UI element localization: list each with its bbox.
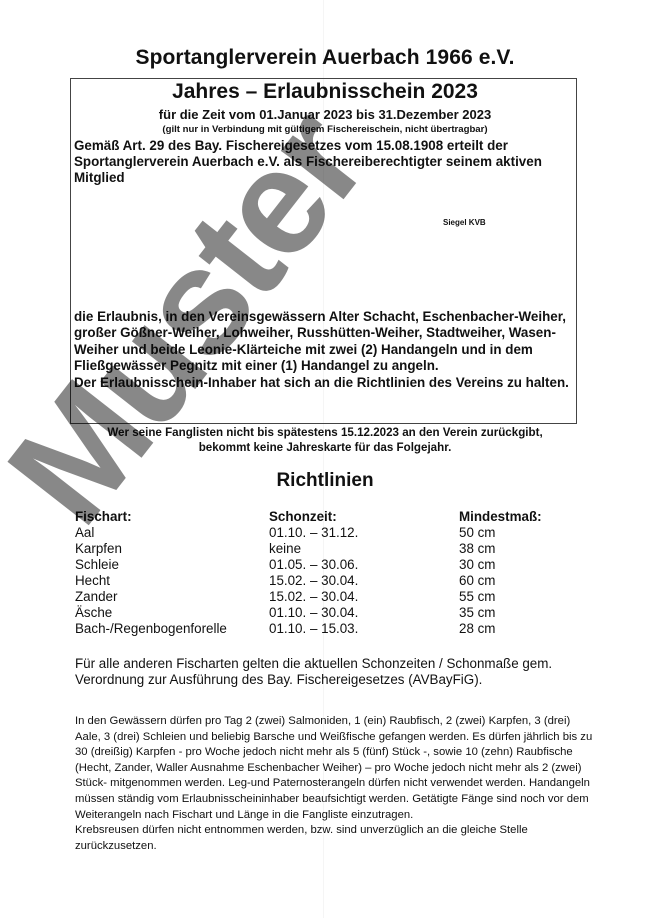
guidelines-title: Richtlinien <box>0 470 650 492</box>
cell-min-size: 50 cm <box>459 525 579 541</box>
cell-closed-season: 15.02. – 30.04. <box>269 573 459 589</box>
table-row: Aal01.10. – 31.12.50 cm <box>75 525 579 541</box>
table-row: Äsche01.10. – 30.04.35 cm <box>75 605 579 621</box>
holder-obligation: Der Erlaubnisschein-Inhaber hat sich an … <box>74 375 574 391</box>
cell-closed-season: 15.02. – 30.04. <box>269 589 459 605</box>
cell-fish: Karpfen <box>75 541 269 557</box>
validity-note: (gilt nur in Verbindung mit gültigem Fis… <box>0 124 650 135</box>
cell-min-size: 60 cm <box>459 573 579 589</box>
crayfish-note: Krebsreusen dürfen nicht entnommen werde… <box>75 823 595 854</box>
column-header-min-size: Mindestmaß: <box>459 509 579 525</box>
validity-period: für die Zeit vom 01.Januar 2023 bis 31.D… <box>0 107 650 122</box>
cell-closed-season: keine <box>269 541 459 557</box>
cell-min-size: 30 cm <box>459 557 579 573</box>
cell-fish: Zander <box>75 589 269 605</box>
table-row: Bach-/Regenbogenforelle01.10. – 15.03.28… <box>75 621 579 637</box>
club-name: Sportanglerverein Auerbach 1966 e.V. <box>0 46 650 70</box>
column-header-fish: Fischart: <box>75 509 269 525</box>
cell-fish: Aal <box>75 525 269 541</box>
daily-limits-paragraph: In den Gewässern dürfen pro Tag 2 (zwei)… <box>75 714 595 823</box>
permit-title: Jahres – Erlaubnisschein 2023 <box>0 80 650 104</box>
permission-text: die Erlaubnis, in den Vereinsgewässern A… <box>74 309 574 391</box>
permission-waters: die Erlaubnis, in den Vereinsgewässern A… <box>74 309 574 375</box>
table-row: Schleie01.05. – 30.06.30 cm <box>75 557 579 573</box>
seal-label: Siegel KVB <box>443 218 486 227</box>
table-row: Hecht15.02. – 30.04.60 cm <box>75 573 579 589</box>
rules-table-header: Fischart: Schonzeit: Mindestmaß: <box>75 509 579 525</box>
rules-table: Fischart: Schonzeit: Mindestmaß: Aal01.1… <box>75 509 579 637</box>
cell-fish: Bach-/Regenbogenforelle <box>75 621 269 637</box>
cell-min-size: 35 cm <box>459 605 579 621</box>
rules-table-body: Aal01.10. – 31.12.50 cmKarpfenkeine38 cm… <box>75 525 579 637</box>
cell-fish: Schleie <box>75 557 269 573</box>
daily-rules: In den Gewässern dürfen pro Tag 2 (zwei)… <box>75 714 595 854</box>
table-row: Karpfenkeine38 cm <box>75 541 579 557</box>
cell-closed-season: 01.05. – 30.06. <box>269 557 459 573</box>
cell-closed-season: 01.10. – 30.04. <box>269 605 459 621</box>
table-row: Zander15.02. – 30.04.55 cm <box>75 589 579 605</box>
cell-closed-season: 01.10. – 15.03. <box>269 621 459 637</box>
cell-closed-season: 01.10. – 31.12. <box>269 525 459 541</box>
warning-line-2: bekommt keine Jahreskarte für das Folgej… <box>0 440 650 455</box>
cell-min-size: 38 cm <box>459 541 579 557</box>
cell-fish: Äsche <box>75 605 269 621</box>
permit-document: Sportanglerverein Auerbach 1966 e.V. Jah… <box>0 0 650 918</box>
warning-line-1: Wer seine Fanglisten nicht bis spätesten… <box>0 425 650 440</box>
other-fish-note: Für alle anderen Fischarten gelten die a… <box>75 656 595 688</box>
catch-list-warning: Wer seine Fanglisten nicht bis spätesten… <box>0 425 650 455</box>
cell-fish: Hecht <box>75 573 269 589</box>
permit-intro: Gemäß Art. 29 des Bay. Fischereigesetzes… <box>74 138 574 186</box>
column-header-closed-season: Schonzeit: <box>269 509 459 525</box>
cell-min-size: 28 cm <box>459 621 579 637</box>
cell-min-size: 55 cm <box>459 589 579 605</box>
